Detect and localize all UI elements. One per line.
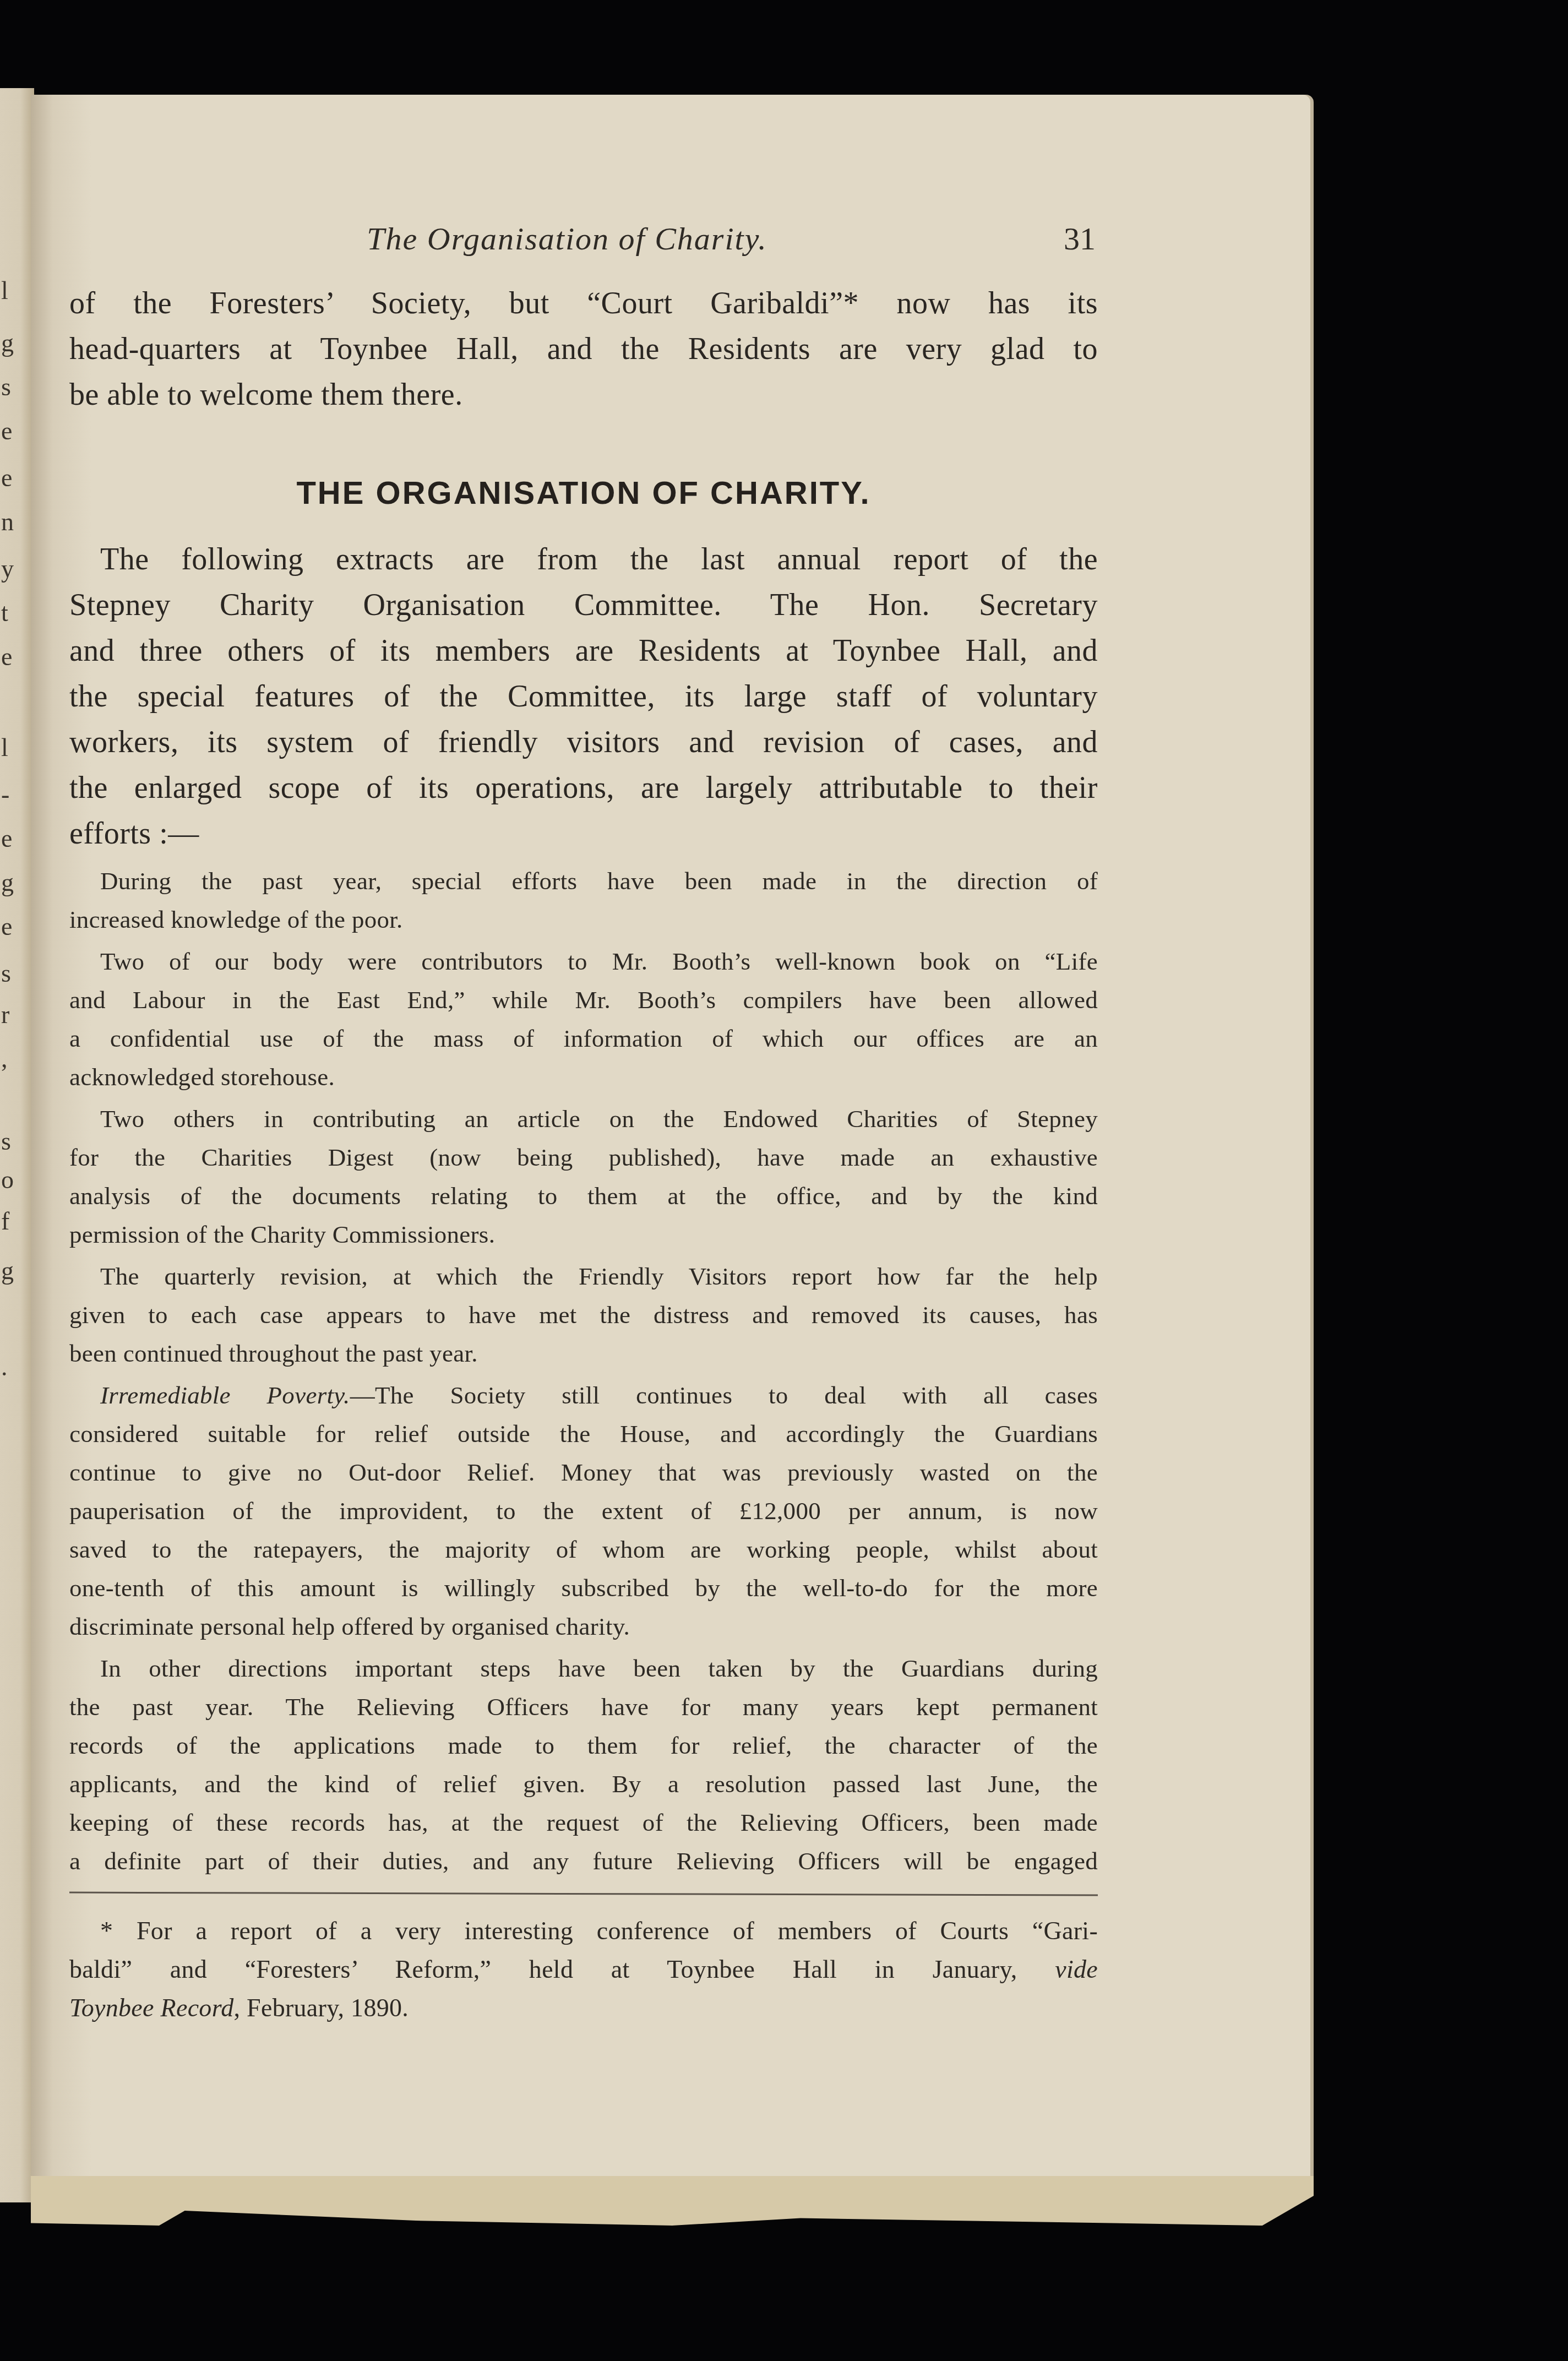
text-line: The following extracts are from the last…	[69, 537, 1098, 583]
text-line: a definite part of their duties, and any…	[69, 1842, 1098, 1880]
text-line: head-quarters at Toynbee Hall, and the R…	[69, 327, 1098, 372]
text-line: been continued throughout the past year.	[69, 1334, 1098, 1373]
facing-page-glyph: ,	[1, 1046, 8, 1071]
text-line: continue to give no Out-door Relief. Mon…	[69, 1453, 1098, 1492]
text-line: one-tenth of this amount is willingly su…	[69, 1569, 1098, 1607]
extract-paragraph: Two of our body were contributors to Mr.…	[69, 942, 1098, 1096]
extract-paragraph: During the past year, special efforts ha…	[69, 862, 1098, 939]
text-line: and Labour in the East End,” while Mr. B…	[69, 981, 1098, 1019]
running-title: The Organisation of Charity.	[39, 220, 1096, 257]
text-line: discriminate personal help offered by or…	[69, 1607, 1098, 1646]
text-line: saved to the ratepayers, the majority of…	[69, 1530, 1098, 1569]
facing-page-glyph: r	[1, 1002, 9, 1027]
text-line: Two others in contributing an article on…	[69, 1100, 1098, 1138]
footnote-line: baldi” and “Foresters’ Reform,” held at …	[69, 1950, 1098, 1989]
torn-page-bottom	[31, 2176, 1314, 2226]
text-line: Two of our body were contributors to Mr.…	[69, 942, 1098, 981]
text-line: efforts :—	[69, 811, 1098, 857]
text-line: be able to welcome them there.	[69, 372, 1098, 418]
text-line: pauperisation of the improvident, to the…	[69, 1492, 1098, 1530]
facing-page-edge: l g s e e n y t e l - e g e s r , s o f …	[0, 88, 34, 2202]
text-line: the enlarged scope of its operations, ar…	[69, 765, 1098, 811]
text-line: applicants, and the kind of relief given…	[69, 1765, 1098, 1803]
facing-page-glyph: g	[1, 870, 14, 895]
facing-page-glyph: y	[1, 556, 14, 581]
extract-paragraph: Two others in contributing an article on…	[69, 1100, 1098, 1254]
italic-lead: Irremediable Poverty.	[100, 1381, 350, 1409]
facing-page-glyph: s	[1, 374, 11, 400]
extract-paragraph: The quarterly revision, at which the Fri…	[69, 1257, 1098, 1373]
facing-page-glyph: g	[1, 1258, 14, 1283]
facing-page-glyph: f	[1, 1209, 9, 1234]
facing-page-glyph: s	[1, 961, 11, 986]
text-line: increased knowledge of the poor.	[69, 900, 1098, 939]
text-line: considered suitable for relief outside t…	[69, 1415, 1098, 1453]
facing-page-glyph: g	[1, 330, 14, 356]
facing-page-glyph: o	[1, 1167, 14, 1193]
footnote-line: Toynbee Record, February, 1890.	[69, 1989, 1098, 2027]
facing-page-glyph: e	[1, 644, 12, 670]
facing-page-glyph: l	[1, 735, 8, 760]
extract-paragraph: In other directions important steps have…	[69, 1649, 1098, 1880]
text-line: analysis of the documents relating to th…	[69, 1177, 1098, 1215]
facing-page-glyph: e	[1, 914, 12, 939]
opening-paragraph: of the Foresters’ Society, but “Court Ga…	[69, 281, 1098, 418]
text-line: During the past year, special efforts ha…	[69, 862, 1098, 900]
text-line: Irremediable Poverty.—The Society still …	[69, 1376, 1098, 1415]
text-line: In other directions important steps have…	[69, 1649, 1098, 1688]
facing-page-glyph: e	[1, 465, 12, 491]
facing-page-glyph: e	[1, 826, 12, 851]
text-line: the past year. The Relieving Officers ha…	[69, 1688, 1098, 1726]
facing-page-glyph: e	[1, 418, 12, 444]
facing-page-glyph: t	[1, 600, 8, 625]
page-number: 31	[1064, 220, 1096, 257]
text-line: the special features of the Committee, i…	[69, 674, 1098, 720]
text-line: keeping of these records has, at the req…	[69, 1803, 1098, 1842]
text-line: for the Charities Digest (now being publ…	[69, 1138, 1098, 1177]
section-heading: THE ORGANISATION OF CHARITY.	[69, 475, 1098, 512]
facing-page-glyph: .	[1, 1354, 8, 1380]
extract-paragraph-irremediable-poverty: Irremediable Poverty.—The Society still …	[69, 1376, 1098, 1646]
text-line: given to each case appears to have met t…	[69, 1296, 1098, 1334]
text-line: a confidential use of the mass of inform…	[69, 1019, 1098, 1058]
text-line: workers, its system of friendly visitors…	[69, 720, 1098, 765]
footnote-line: * For a report of a very interesting con…	[69, 1912, 1098, 1950]
text-line: The quarterly revision, at which the Fri…	[69, 1257, 1098, 1296]
facing-page-glyph: n	[1, 509, 14, 535]
facing-page-glyph: l	[1, 278, 8, 303]
text-line: permission of the Charity Commissioners.	[69, 1215, 1098, 1254]
text-line: of the Foresters’ Society, but “Court Ga…	[69, 281, 1098, 327]
text-line: acknowledged storehouse.	[69, 1058, 1098, 1096]
facing-page-glyph: -	[1, 782, 9, 807]
text-line: Stepney Charity Organisation Committee. …	[69, 583, 1098, 628]
running-header: The Organisation of Charity. 31	[39, 220, 1096, 259]
text-line: records of the applications made to them…	[69, 1726, 1098, 1765]
intro-paragraph: The following extracts are from the last…	[69, 537, 1098, 857]
footnote: * For a report of a very interesting con…	[69, 1912, 1098, 2027]
extracts: During the past year, special efforts ha…	[69, 862, 1098, 1880]
text-line: and three others of its members are Resi…	[69, 628, 1098, 674]
facing-page-glyph: s	[1, 1129, 11, 1154]
